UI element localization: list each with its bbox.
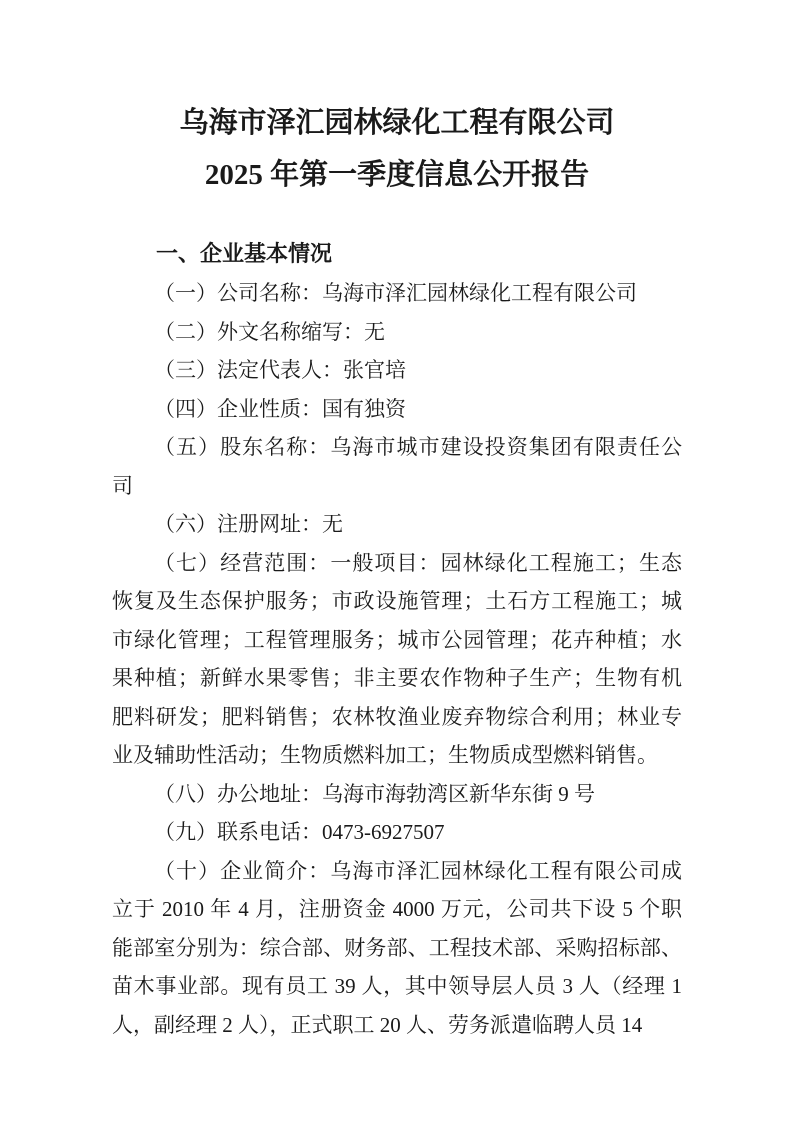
paragraph-line: （一）公司名称：乌海市泽汇园林绿化工程有限公司 — [112, 274, 682, 313]
paragraph-line: （五）股东名称：乌海市城市建设投资集团有限责任公 — [112, 428, 682, 467]
paragraph-line: 业及辅助性活动；生物质燃料加工；生物质成型燃料销售。 — [112, 736, 682, 775]
paragraph: （一）公司名称：乌海市泽汇园林绿化工程有限公司 — [112, 274, 682, 313]
paragraph: （五）股东名称：乌海市城市建设投资集团有限责任公司 — [112, 428, 682, 505]
paragraph-line: （七）经营范围：一般项目：园林绿化工程施工；生态 — [112, 544, 682, 583]
paragraph: （二）外文名称缩写：无 — [112, 313, 682, 352]
paragraph: （九）联系电话：0473-6927507 — [112, 813, 682, 852]
paragraph-line: （六）注册网址：无 — [112, 505, 682, 544]
paragraph-line: 司 — [112, 467, 682, 506]
paragraph-line: 人，副经理 2 人），正式职工 20 人、劳务派遣临聘人员 14 — [112, 1006, 682, 1045]
paragraph-line: 恢复及生态保护服务；市政设施管理；土石方工程施工；城 — [112, 582, 682, 621]
document-body: （一）公司名称：乌海市泽汇园林绿化工程有限公司（二）外文名称缩写：无（三）法定代… — [112, 274, 682, 1044]
paragraph-line: 能部室分别为：综合部、财务部、工程技术部、采购招标部、 — [112, 929, 682, 968]
paragraph: （八）办公地址：乌海市海勃湾区新华东街 9 号 — [112, 775, 682, 814]
paragraph: （三）法定代表人：张官培 — [112, 351, 682, 390]
paragraph: （七）经营范围：一般项目：园林绿化工程施工；生态恢复及生态保护服务；市政设施管理… — [112, 544, 682, 775]
paragraph: （六）注册网址：无 — [112, 505, 682, 544]
document-page: 乌海市泽汇园林绿化工程有限公司 2025 年第一季度信息公开报告 一、企业基本情… — [0, 0, 793, 1122]
document-title: 乌海市泽汇园林绿化工程有限公司 2025 年第一季度信息公开报告 — [112, 97, 682, 201]
paragraph-line: 苗木事业部。现有员工 39 人，其中领导层人员 3 人（经理 1 — [112, 967, 682, 1006]
paragraph: （十）企业简介：乌海市泽汇园林绿化工程有限公司成立于 2010 年 4 月，注册… — [112, 852, 682, 1045]
paragraph-line: （四）企业性质：国有独资 — [112, 390, 682, 429]
paragraph-line: （十）企业简介：乌海市泽汇园林绿化工程有限公司成 — [112, 852, 682, 891]
paragraph-line: （三）法定代表人：张官培 — [112, 351, 682, 390]
paragraph-line: （二）外文名称缩写：无 — [112, 313, 682, 352]
paragraph-line: 市绿化管理；工程管理服务；城市公园管理；花卉种植；水 — [112, 621, 682, 660]
paragraph-line: 立于 2010 年 4 月，注册资金 4000 万元，公司共下设 5 个职 — [112, 890, 682, 929]
document-title-line-2: 2025 年第一季度信息公开报告 — [112, 149, 682, 201]
document-content: 乌海市泽汇园林绿化工程有限公司 2025 年第一季度信息公开报告 一、企业基本情… — [112, 97, 682, 1044]
paragraph-line: 果种植；新鲜水果零售；非主要农作物种子生产；生物有机 — [112, 659, 682, 698]
section-heading: 一、企业基本情况 — [112, 235, 682, 273]
paragraph-line: （九）联系电话：0473-6927507 — [112, 813, 682, 852]
paragraph-line: 肥料研发；肥料销售；农林牧渔业废弃物综合利用；林业专 — [112, 698, 682, 737]
paragraph-line: （八）办公地址：乌海市海勃湾区新华东街 9 号 — [112, 775, 682, 814]
document-title-line-1: 乌海市泽汇园林绿化工程有限公司 — [112, 97, 682, 149]
paragraph: （四）企业性质：国有独资 — [112, 390, 682, 429]
